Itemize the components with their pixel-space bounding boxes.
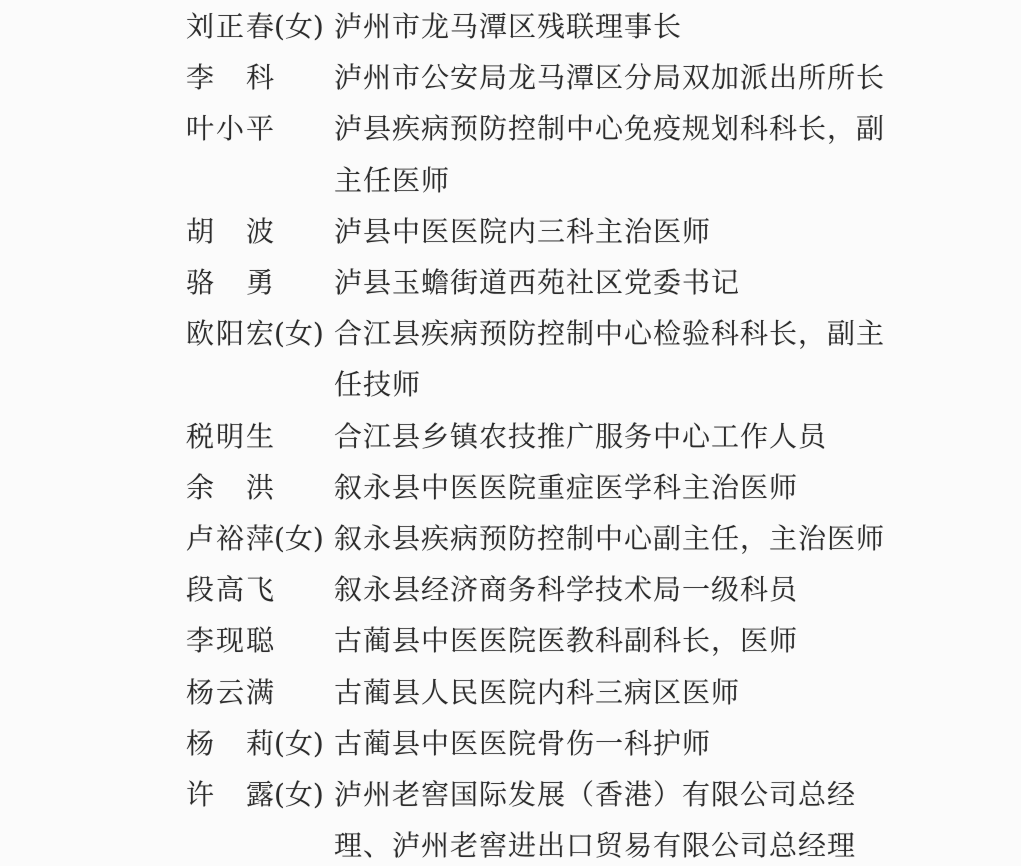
name-column: 杨云满 <box>186 667 334 718</box>
list-item: 许露(女) 泸州老窖国际发展（香港）有限公司总经理、泸州老窖进出口贸易有限公司总… <box>186 769 1021 866</box>
position-description-line: 泸州老窖国际发展（香港）有限公司总经 <box>334 769 1021 820</box>
list-item: 段高飞 叙永县经济商务科学技术局一级科员 <box>186 564 1021 615</box>
gender-suffix <box>274 564 334 615</box>
name-column: 段高飞 <box>186 564 334 615</box>
gender-suffix: (女) <box>274 308 334 359</box>
position-description-line: 泸县玉蟾街道西苑社区党委书记 <box>334 257 1021 308</box>
position-description-line: 理、泸州老窖进出口贸易有限公司总经理 <box>334 820 1021 866</box>
name-column: 骆勇 <box>186 257 334 308</box>
person-name: 刘正春 <box>186 1 274 52</box>
gender-suffix <box>274 411 334 462</box>
position-description-line: 古蔺县人民医院内科三病区医师 <box>334 667 1021 718</box>
gender-suffix <box>274 257 334 308</box>
person-name: 卢裕萍 <box>186 513 274 564</box>
list-item: 余洪 叙永县中医医院重症医学科主治医师 <box>186 462 1021 513</box>
position-description-line: 泸县疾病预防控制中心免疫规划科科长，副 <box>334 103 1021 154</box>
position-description-line: 古蔺县中医医院骨伤一科护师 <box>334 718 1021 769</box>
position-description: 泸县疾病预防控制中心免疫规划科科长，副主任医师 <box>334 103 1021 205</box>
gender-suffix: (女) <box>274 513 334 564</box>
person-name: 许露 <box>186 769 274 820</box>
position-description-line: 古蔺县中医医院医教科副科长，医师 <box>334 615 1021 666</box>
gender-suffix: (女) <box>274 1 334 52</box>
person-name: 杨云满 <box>186 667 274 718</box>
position-description: 叙永县经济商务科学技术局一级科员 <box>334 564 1021 615</box>
name-column: 卢裕萍(女) <box>186 513 334 564</box>
name-column: 许露(女) <box>186 769 334 820</box>
person-name: 李科 <box>186 52 274 103</box>
list-item: 杨莉(女) 古蔺县中医医院骨伤一科护师 <box>186 718 1021 769</box>
gender-suffix: (女) <box>274 718 334 769</box>
list-item: 欧阳宏(女) 合江县疾病预防控制中心检验科科长，副主任技师 <box>186 308 1021 410</box>
list-item: 李科 泸州市公安局龙马潭区分局双加派出所所长 <box>186 52 1021 103</box>
position-description-line: 泸州市龙马潭区残联理事长 <box>334 1 1021 52</box>
position-description-line: 叙永县经济商务科学技术局一级科员 <box>334 564 1021 615</box>
position-description: 叙永县疾病预防控制中心副主任，主治医师 <box>334 513 1021 564</box>
name-column: 税明生 <box>186 411 334 462</box>
list-item: 卢裕萍(女) 叙永县疾病预防控制中心副主任，主治医师 <box>186 513 1021 564</box>
gender-suffix <box>274 667 334 718</box>
position-description: 古蔺县人民医院内科三病区医师 <box>334 667 1021 718</box>
gender-suffix <box>274 615 334 666</box>
position-description-line: 叙永县疾病预防控制中心副主任，主治医师 <box>334 513 1021 564</box>
gender-suffix: (女) <box>274 769 334 820</box>
position-description: 泸县中医医院内三科主治医师 <box>334 206 1021 257</box>
position-description: 泸州老窖国际发展（香港）有限公司总经理、泸州老窖进出口贸易有限公司总经理 <box>334 769 1021 866</box>
position-description-line: 泸县中医医院内三科主治医师 <box>334 206 1021 257</box>
position-description: 泸州市公安局龙马潭区分局双加派出所所长 <box>334 52 1021 103</box>
name-column: 胡波 <box>186 206 334 257</box>
person-name: 余洪 <box>186 462 274 513</box>
position-description: 合江县疾病预防控制中心检验科科长，副主任技师 <box>334 308 1021 410</box>
position-description-line: 任技师 <box>334 359 1021 410</box>
name-column: 杨莉(女) <box>186 718 334 769</box>
person-name: 骆勇 <box>186 257 274 308</box>
document-page: 刘正春(女) 泸州市龙马潭区残联理事长 李科 泸州市公安局龙马潭区分局双加派出所… <box>0 0 1021 866</box>
position-description-line: 主任医师 <box>334 155 1021 206</box>
name-column: 刘正春(女) <box>186 1 334 52</box>
person-name: 李现聪 <box>186 615 274 666</box>
list-item: 杨云满 古蔺县人民医院内科三病区医师 <box>186 667 1021 718</box>
name-column: 李现聪 <box>186 615 334 666</box>
position-description: 合江县乡镇农技推广服务中心工作人员 <box>334 411 1021 462</box>
name-column: 欧阳宏(女) <box>186 308 334 359</box>
position-description-line: 合江县乡镇农技推广服务中心工作人员 <box>334 411 1021 462</box>
gender-suffix <box>274 103 334 154</box>
position-description: 泸县玉蟾街道西苑社区党委书记 <box>334 257 1021 308</box>
person-name: 叶小平 <box>186 103 274 154</box>
gender-suffix <box>274 206 334 257</box>
list-item: 胡波 泸县中医医院内三科主治医师 <box>186 206 1021 257</box>
gender-suffix <box>274 52 334 103</box>
person-name: 段高飞 <box>186 564 274 615</box>
position-description: 泸州市龙马潭区残联理事长 <box>334 1 1021 52</box>
list-item: 骆勇 泸县玉蟾街道西苑社区党委书记 <box>186 257 1021 308</box>
gender-suffix <box>274 462 334 513</box>
position-description-line: 叙永县中医医院重症医学科主治医师 <box>334 462 1021 513</box>
position-description-line: 泸州市公安局龙马潭区分局双加派出所所长 <box>334 52 1021 103</box>
position-description: 叙永县中医医院重症医学科主治医师 <box>334 462 1021 513</box>
list-item: 李现聪 古蔺县中医医院医教科副科长，医师 <box>186 615 1021 666</box>
position-description: 古蔺县中医医院骨伤一科护师 <box>334 718 1021 769</box>
list-item: 叶小平 泸县疾病预防控制中心免疫规划科科长，副主任医师 <box>186 103 1021 205</box>
name-column: 余洪 <box>186 462 334 513</box>
person-name: 欧阳宏 <box>186 308 274 359</box>
person-name: 胡波 <box>186 206 274 257</box>
person-name: 税明生 <box>186 411 274 462</box>
position-description: 古蔺县中医医院医教科副科长，医师 <box>334 615 1021 666</box>
person-name: 杨莉 <box>186 718 274 769</box>
position-description-line: 合江县疾病预防控制中心检验科科长，副主 <box>334 308 1021 359</box>
list-item: 税明生 合江县乡镇农技推广服务中心工作人员 <box>186 411 1021 462</box>
list-item: 刘正春(女) 泸州市龙马潭区残联理事长 <box>186 1 1021 52</box>
name-column: 李科 <box>186 52 334 103</box>
name-column: 叶小平 <box>186 103 334 154</box>
